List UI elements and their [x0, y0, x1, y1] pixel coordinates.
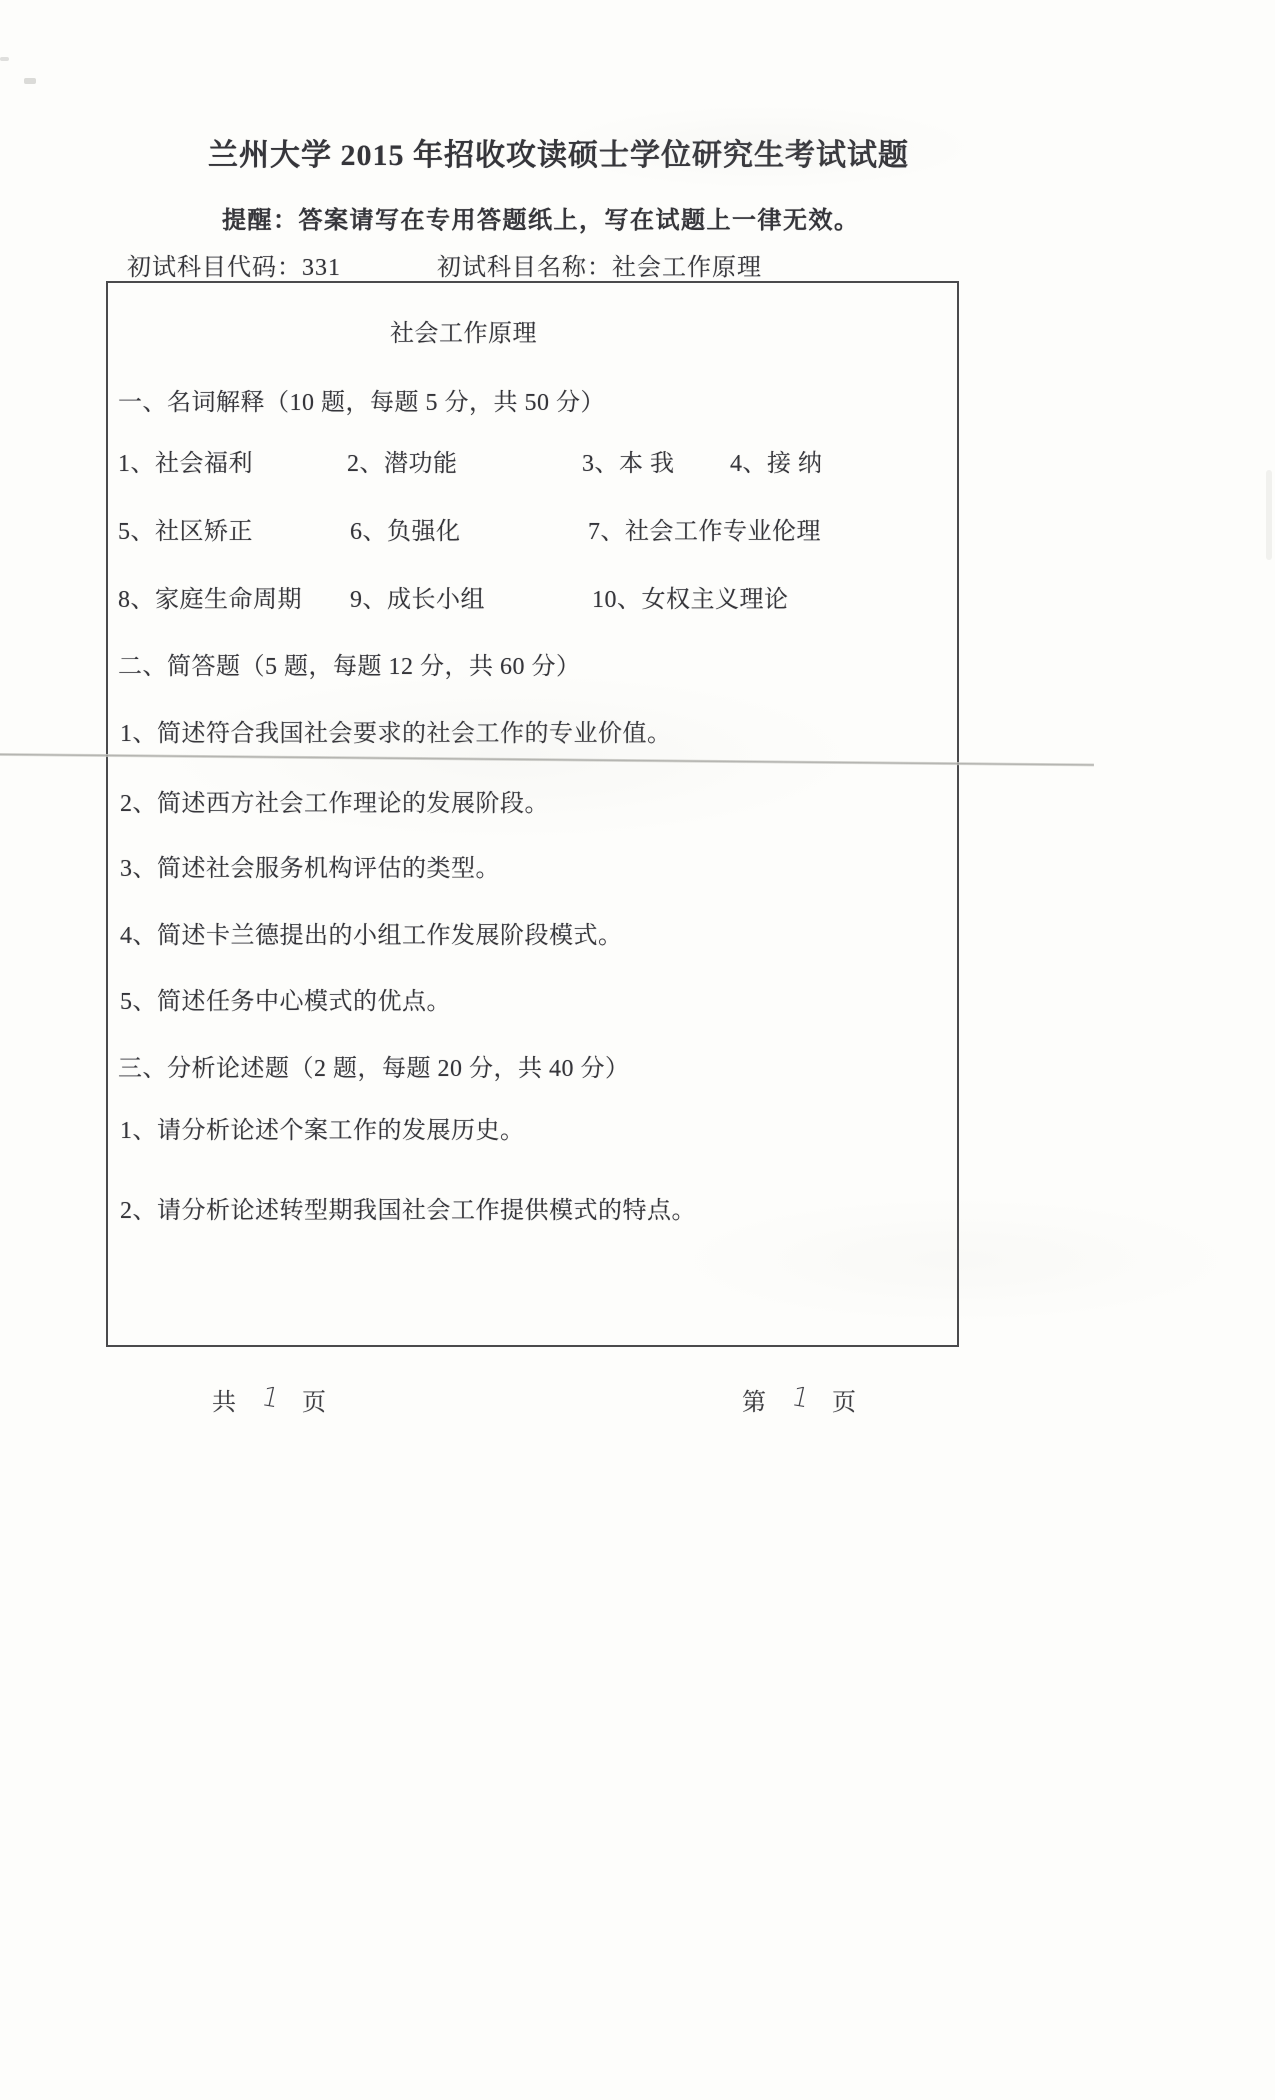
term-item-9: 9、成长小组 — [350, 579, 485, 614]
term-row-2: 5、社区矫正 6、负强化 7、社会工作专业伦理 — [118, 511, 949, 541]
question-2-5: 5、简述任务中心模式的优点。 — [120, 981, 451, 1016]
subject-code-value: 331 — [302, 255, 341, 281]
footer-total-label: 共 — [212, 1382, 236, 1417]
section-1-title: 一、名词解释（10 题，每题 5 分，共 50 分） — [118, 382, 605, 417]
footer-page-unit: 页 — [832, 1382, 856, 1417]
term-item-10: 10、女权主义理论 — [592, 579, 789, 614]
term-item-4: 4、接 纳 — [730, 443, 823, 478]
question-2-4: 4、简述卡兰德提出的小组工作发展阶段模式。 — [120, 915, 623, 950]
subject-name: 初试科目名称：社会工作原理 — [437, 247, 762, 282]
question-3-1: 1、请分析论述个案工作的发展历史。 — [120, 1110, 525, 1145]
scan-speck — [24, 78, 36, 84]
handwritten-page-number: 1 — [789, 1381, 810, 1413]
term-item-8: 8、家庭生命周期 — [118, 579, 302, 614]
page-title: 兰州大学 2015 年招收攻读硕士学位研究生考试试题 — [208, 130, 909, 174]
section-3-title: 三、分析论述题（2 题，每题 20 分，共 40 分） — [118, 1048, 630, 1083]
exam-notice: 提醒：答案请写在专用答题纸上，写在试题上一律无效。 — [222, 200, 860, 235]
subject-code-label: 初试科目代码： — [127, 255, 302, 281]
term-item-6: 6、负强化 — [350, 511, 461, 546]
question-2-3: 3、简述社会服务机构评估的类型。 — [120, 848, 500, 883]
paper-heading: 社会工作原理 — [390, 313, 537, 348]
subject-name-label: 初试科目名称： — [437, 255, 612, 281]
subject-name-value: 社会工作原理 — [612, 255, 762, 281]
term-row-1: 1、社会福利 2、潜功能 3、本 我 4、接 纳 — [118, 443, 949, 473]
subject-code: 初试科目代码：331 — [127, 247, 341, 282]
footer-total-pages: 共1页 — [212, 1382, 326, 1417]
section-2-title: 二、简答题（5 题，每题 12 分，共 60 分） — [118, 646, 581, 681]
term-item-7: 7、社会工作专业伦理 — [588, 511, 821, 546]
handwritten-total-pages: 1 — [259, 1381, 280, 1413]
scan-speck — [1266, 470, 1272, 560]
term-item-1: 1、社会福利 — [118, 443, 253, 478]
question-3-2: 2、请分析论述转型期我国社会工作提供模式的特点。 — [120, 1190, 696, 1225]
footer-page-number: 第1页 — [742, 1382, 856, 1417]
scan-speck — [0, 57, 9, 61]
footer-page-label: 第 — [742, 1382, 766, 1417]
term-item-2: 2、潜功能 — [347, 443, 458, 478]
term-item-5: 5、社区矫正 — [118, 511, 253, 546]
term-row-3: 8、家庭生命周期 9、成长小组 10、女权主义理论 — [118, 579, 949, 609]
footer-total-unit: 页 — [302, 1382, 326, 1417]
scanned-exam-page: 兰州大学 2015 年招收攻读硕士学位研究生考试试题 提醒：答案请写在专用答题纸… — [0, 0, 1275, 2100]
question-2-1: 1、简述符合我国社会要求的社会工作的专业价值。 — [120, 713, 672, 748]
term-item-3: 3、本 我 — [582, 443, 675, 478]
question-paper-box: 社会工作原理 一、名词解释（10 题，每题 5 分，共 50 分） 1、社会福利… — [106, 281, 959, 1347]
question-2-2: 2、简述西方社会工作理论的发展阶段。 — [120, 783, 549, 818]
